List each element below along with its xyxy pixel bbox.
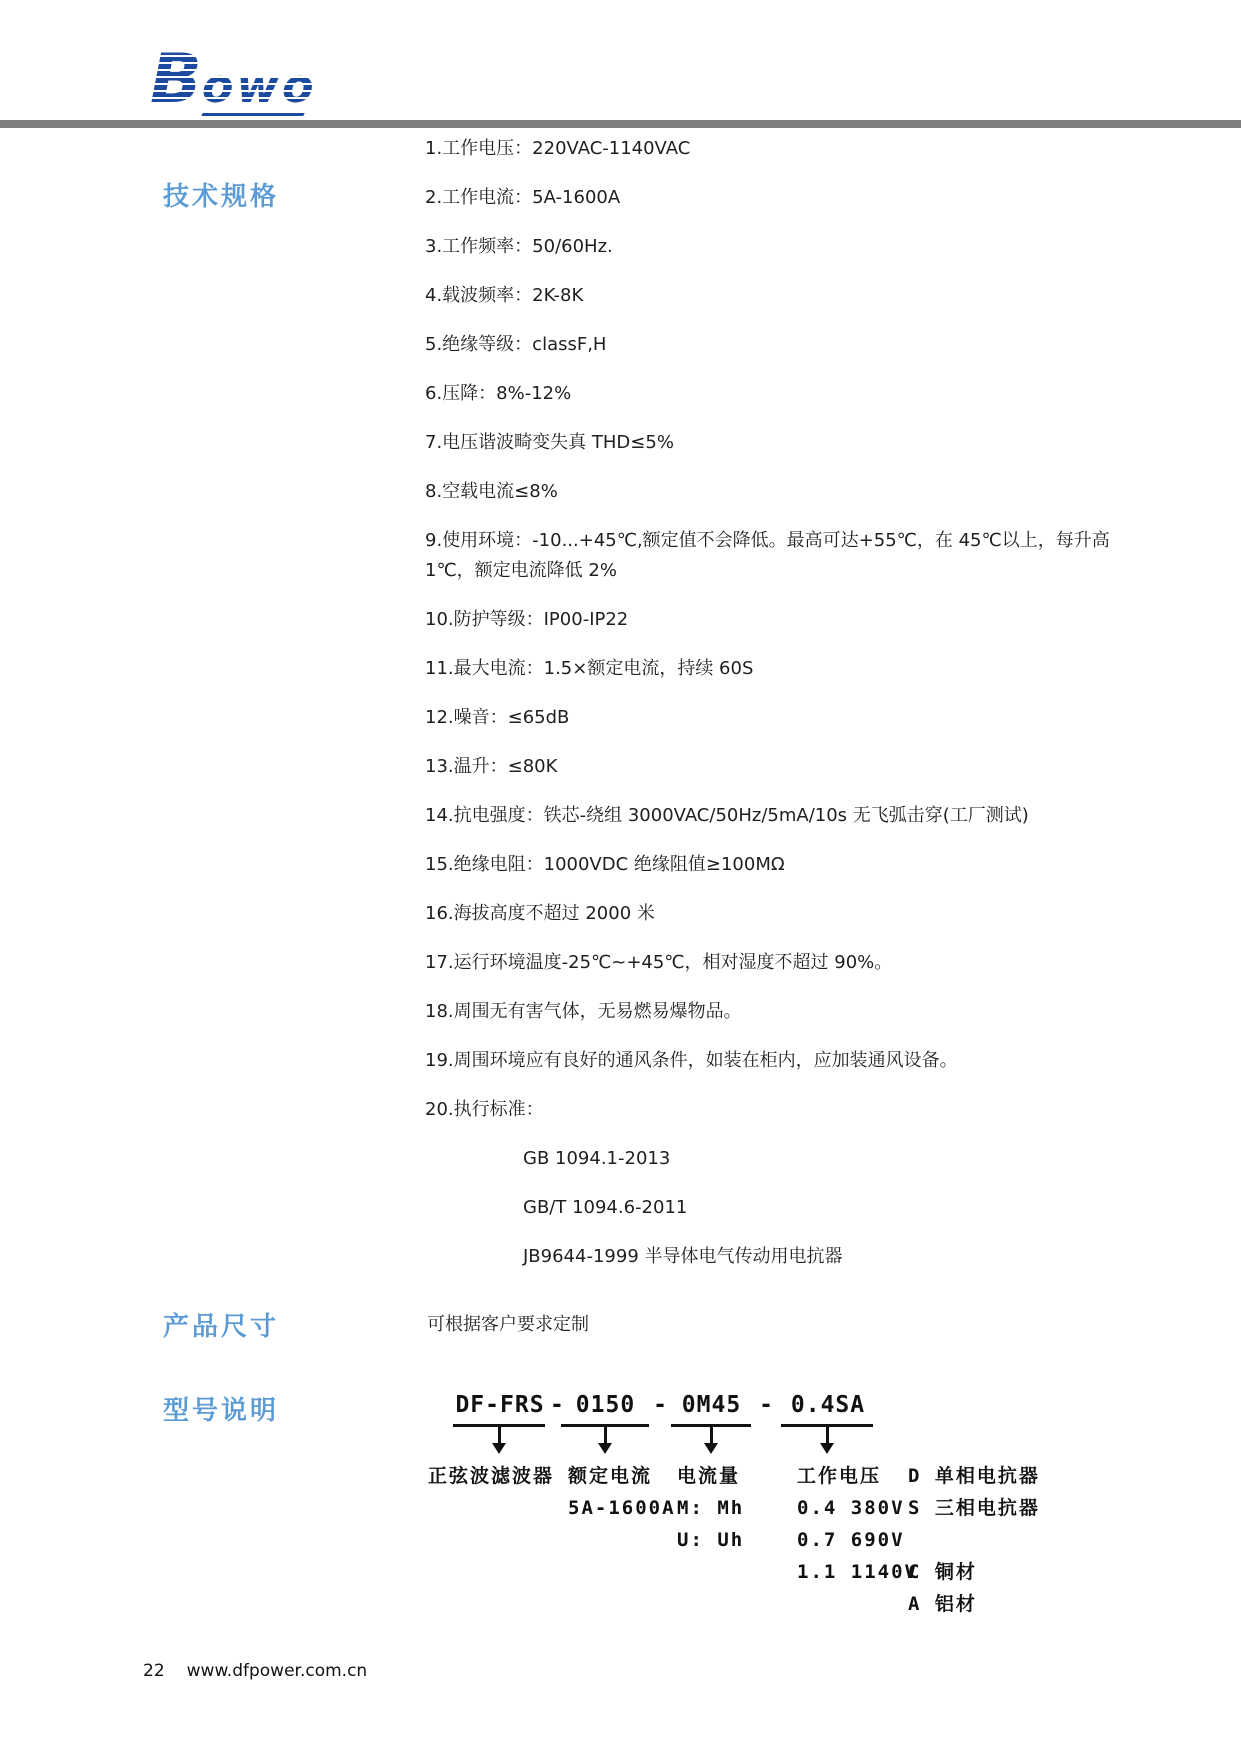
- model-code-separator: -: [550, 1392, 563, 1418]
- spec-item: 17.运行环境温度-25℃~+45℃，相对湿度不超过 90%。: [425, 948, 1125, 978]
- spec-item: 14.抗电强度：铁芯-绕组 3000VAC/50Hz/5mA/10s 无飞弧击穿…: [425, 801, 1125, 831]
- spec-item: 12.噪音：≤65dB: [425, 703, 1125, 733]
- model-code-segment-1: DF-FRS: [450, 1392, 550, 1418]
- down-arrow-icon: [604, 1427, 607, 1443]
- model-column-working-voltage: 工作电压0.4 380V0.7 690V1.1 1140V: [797, 1460, 918, 1588]
- spec-item: 7.电压谐波畸变失真 THD≤5%: [425, 428, 1125, 458]
- spec-list: 1.工作电压：220VAC-1140VAC2.工作电流：5A-1600A3.工作…: [425, 134, 1125, 1291]
- spec-item: 6.压降：8%-12%: [425, 379, 1125, 409]
- standard-line: GB/T 1094.6-2011: [425, 1193, 1125, 1223]
- down-arrow-icon: [704, 1443, 718, 1454]
- spec-item: 18.周围无有害气体，无易燃易爆物品。: [425, 997, 1125, 1027]
- section-heading-model: 型号说明: [163, 1390, 279, 1427]
- diagram-line: C 铜材: [908, 1556, 1040, 1588]
- diagram-line: S 三相电抗器: [908, 1492, 1040, 1524]
- diagram-line: 0.7 690V: [797, 1524, 918, 1556]
- spec-item: 4.载波频率：2K-8K: [425, 281, 1125, 311]
- spec-item: 1.工作电压：220VAC-1140VAC: [425, 134, 1125, 164]
- diagram-line: D 单相电抗器: [908, 1460, 1040, 1492]
- standards-list: GB 1094.1-2013GB/T 1094.6-2011JB9644-199…: [425, 1144, 1125, 1272]
- spec-item: 16.海拔高度不超过 2000 米: [425, 899, 1125, 929]
- down-arrow-icon: [820, 1443, 834, 1454]
- logo-letter-b: B: [150, 40, 202, 119]
- model-column-current-unit: 电流量M: MhU: Uh: [677, 1460, 744, 1556]
- diagram-line: U: Uh: [677, 1524, 744, 1556]
- logo-underline: [201, 113, 304, 116]
- spec-item: 20.执行标准：: [425, 1095, 1125, 1125]
- page-footer: 22 www.dfpower.com.cn: [143, 1661, 367, 1681]
- dimensions-note: 可根据客户要求定制: [427, 1310, 589, 1336]
- spec-item: 9.使用环境：-10...+45℃,额定值不会降低。最高可达+55℃，在 45℃…: [425, 526, 1125, 586]
- diagram-line: 额定电流: [568, 1460, 676, 1492]
- spec-item: 8.空载电流≤8%: [425, 477, 1125, 507]
- spec-item: 3.工作频率：50/60Hz.: [425, 232, 1125, 262]
- section-heading-specs: 技术规格: [163, 176, 279, 213]
- spec-item: 19.周围环境应有良好的通风条件，如装在柜内，应加装通风设备。: [425, 1046, 1125, 1076]
- diagram-line: 0.4 380V: [797, 1492, 918, 1524]
- model-column-rated-current: 额定电流5A-1600A: [568, 1460, 676, 1524]
- website-url: www.dfpower.com.cn: [187, 1661, 368, 1681]
- down-arrow-icon: [498, 1427, 501, 1443]
- standard-line: GB 1094.1-2013: [425, 1144, 1125, 1174]
- logo-letters-owo: owo: [202, 59, 317, 113]
- standard-line: JB9644-1999 半导体电气传动用电抗器: [425, 1242, 1125, 1272]
- spec-item: 11.最大电流：1.5×额定电流，持续 60S: [425, 654, 1125, 684]
- bowo-logo: Bowo: [150, 46, 317, 114]
- down-arrow-icon: [492, 1443, 506, 1454]
- spec-item: 10.防护等级：IP00-IP22: [425, 605, 1125, 635]
- section-heading-dimensions: 产品尺寸: [163, 1306, 279, 1343]
- diagram-line: 5A-1600A: [568, 1492, 676, 1524]
- model-code-segment-4: 0.4SA: [783, 1392, 873, 1418]
- diagram-line: 正弦波滤波器: [428, 1460, 554, 1492]
- document-page: Bowo 技术规格 产品尺寸 型号说明 1.工作电压：220VAC-1140VA…: [0, 0, 1241, 1754]
- spec-item: 15.绝缘电阻：1000VDC 绝缘阻值≥100MΩ: [425, 850, 1125, 880]
- spec-item: 5.绝缘等级：classF,H: [425, 330, 1125, 360]
- diagram-line: A 铝材: [908, 1588, 1040, 1620]
- diagram-line: [908, 1524, 1040, 1556]
- down-arrow-icon: [826, 1427, 829, 1443]
- diagram-line: M: Mh: [677, 1492, 744, 1524]
- model-code-separator: -: [648, 1392, 673, 1418]
- spec-items: 1.工作电压：220VAC-1140VAC2.工作电流：5A-1600A3.工作…: [425, 134, 1125, 1125]
- diagram-line: 电流量: [677, 1460, 744, 1492]
- spec-item: 13.温升：≤80K: [425, 752, 1125, 782]
- spec-item: 2.工作电流：5A-1600A: [425, 183, 1125, 213]
- page-number: 22: [143, 1661, 165, 1681]
- diagram-line: 1.1 1140V: [797, 1556, 918, 1588]
- header-divider: [0, 120, 1241, 128]
- model-column-filter-type: 正弦波滤波器: [428, 1460, 554, 1492]
- model-code-separator: -: [750, 1392, 783, 1418]
- down-arrow-icon: [710, 1427, 713, 1443]
- down-arrow-icon: [598, 1443, 612, 1454]
- diagram-line: 工作电压: [797, 1460, 918, 1492]
- model-code-segment-3: 0M45: [673, 1392, 750, 1418]
- model-code-segment-2: 0150: [563, 1392, 648, 1418]
- model-column-reactor-type: D 单相电抗器S 三相电抗器C 铜材A 铝材: [908, 1460, 1040, 1620]
